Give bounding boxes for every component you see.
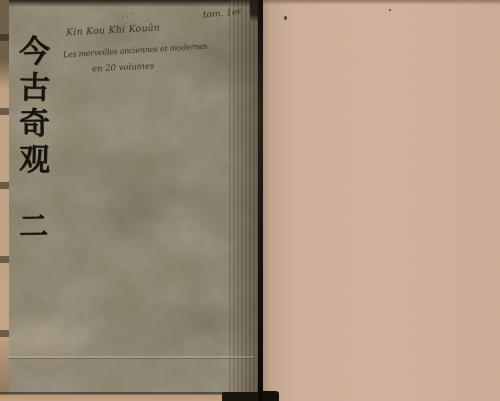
cover-spine-band — [229, 0, 258, 401]
title-character: 今 — [18, 33, 50, 70]
cover-bottom-edge — [0, 392, 259, 401]
page-speck — [284, 16, 287, 20]
cover-top-edge — [0, 0, 259, 7]
handwritten-tone-marks: ···ˆ — [118, 12, 137, 22]
binding-strip — [0, 0, 9, 401]
book-scan: 今 古 奇 观 二 tom. 1er ···ˆ Kin Kou Khi Kouâ… — [0, 0, 500, 401]
page-speck — [389, 9, 391, 11]
cover-crease — [8, 356, 254, 358]
blank-flyleaf-page — [263, 0, 500, 401]
handwritten-french-title: Les merveilles anciennes et modernes — [63, 42, 208, 60]
handwritten-romanized-title: Kin Kou Khi Kouân — [66, 23, 161, 39]
page-top-edge — [263, 0, 500, 5]
title-calligraphy: 今 古 奇 观 二 — [13, 34, 55, 244]
title-character: 古 — [18, 70, 50, 107]
volume-number-character: 二 — [19, 208, 49, 245]
handwritten-volumes-note: en 20 volumes — [92, 61, 155, 74]
book-cover: 今 古 奇 观 二 tom. 1er ···ˆ Kin Kou Khi Kouâ… — [0, 0, 259, 401]
title-character: 奇 — [18, 106, 50, 143]
page-texture — [263, 0, 500, 401]
title-character: 观 — [18, 142, 50, 179]
page-bottom-mark — [263, 391, 279, 401]
